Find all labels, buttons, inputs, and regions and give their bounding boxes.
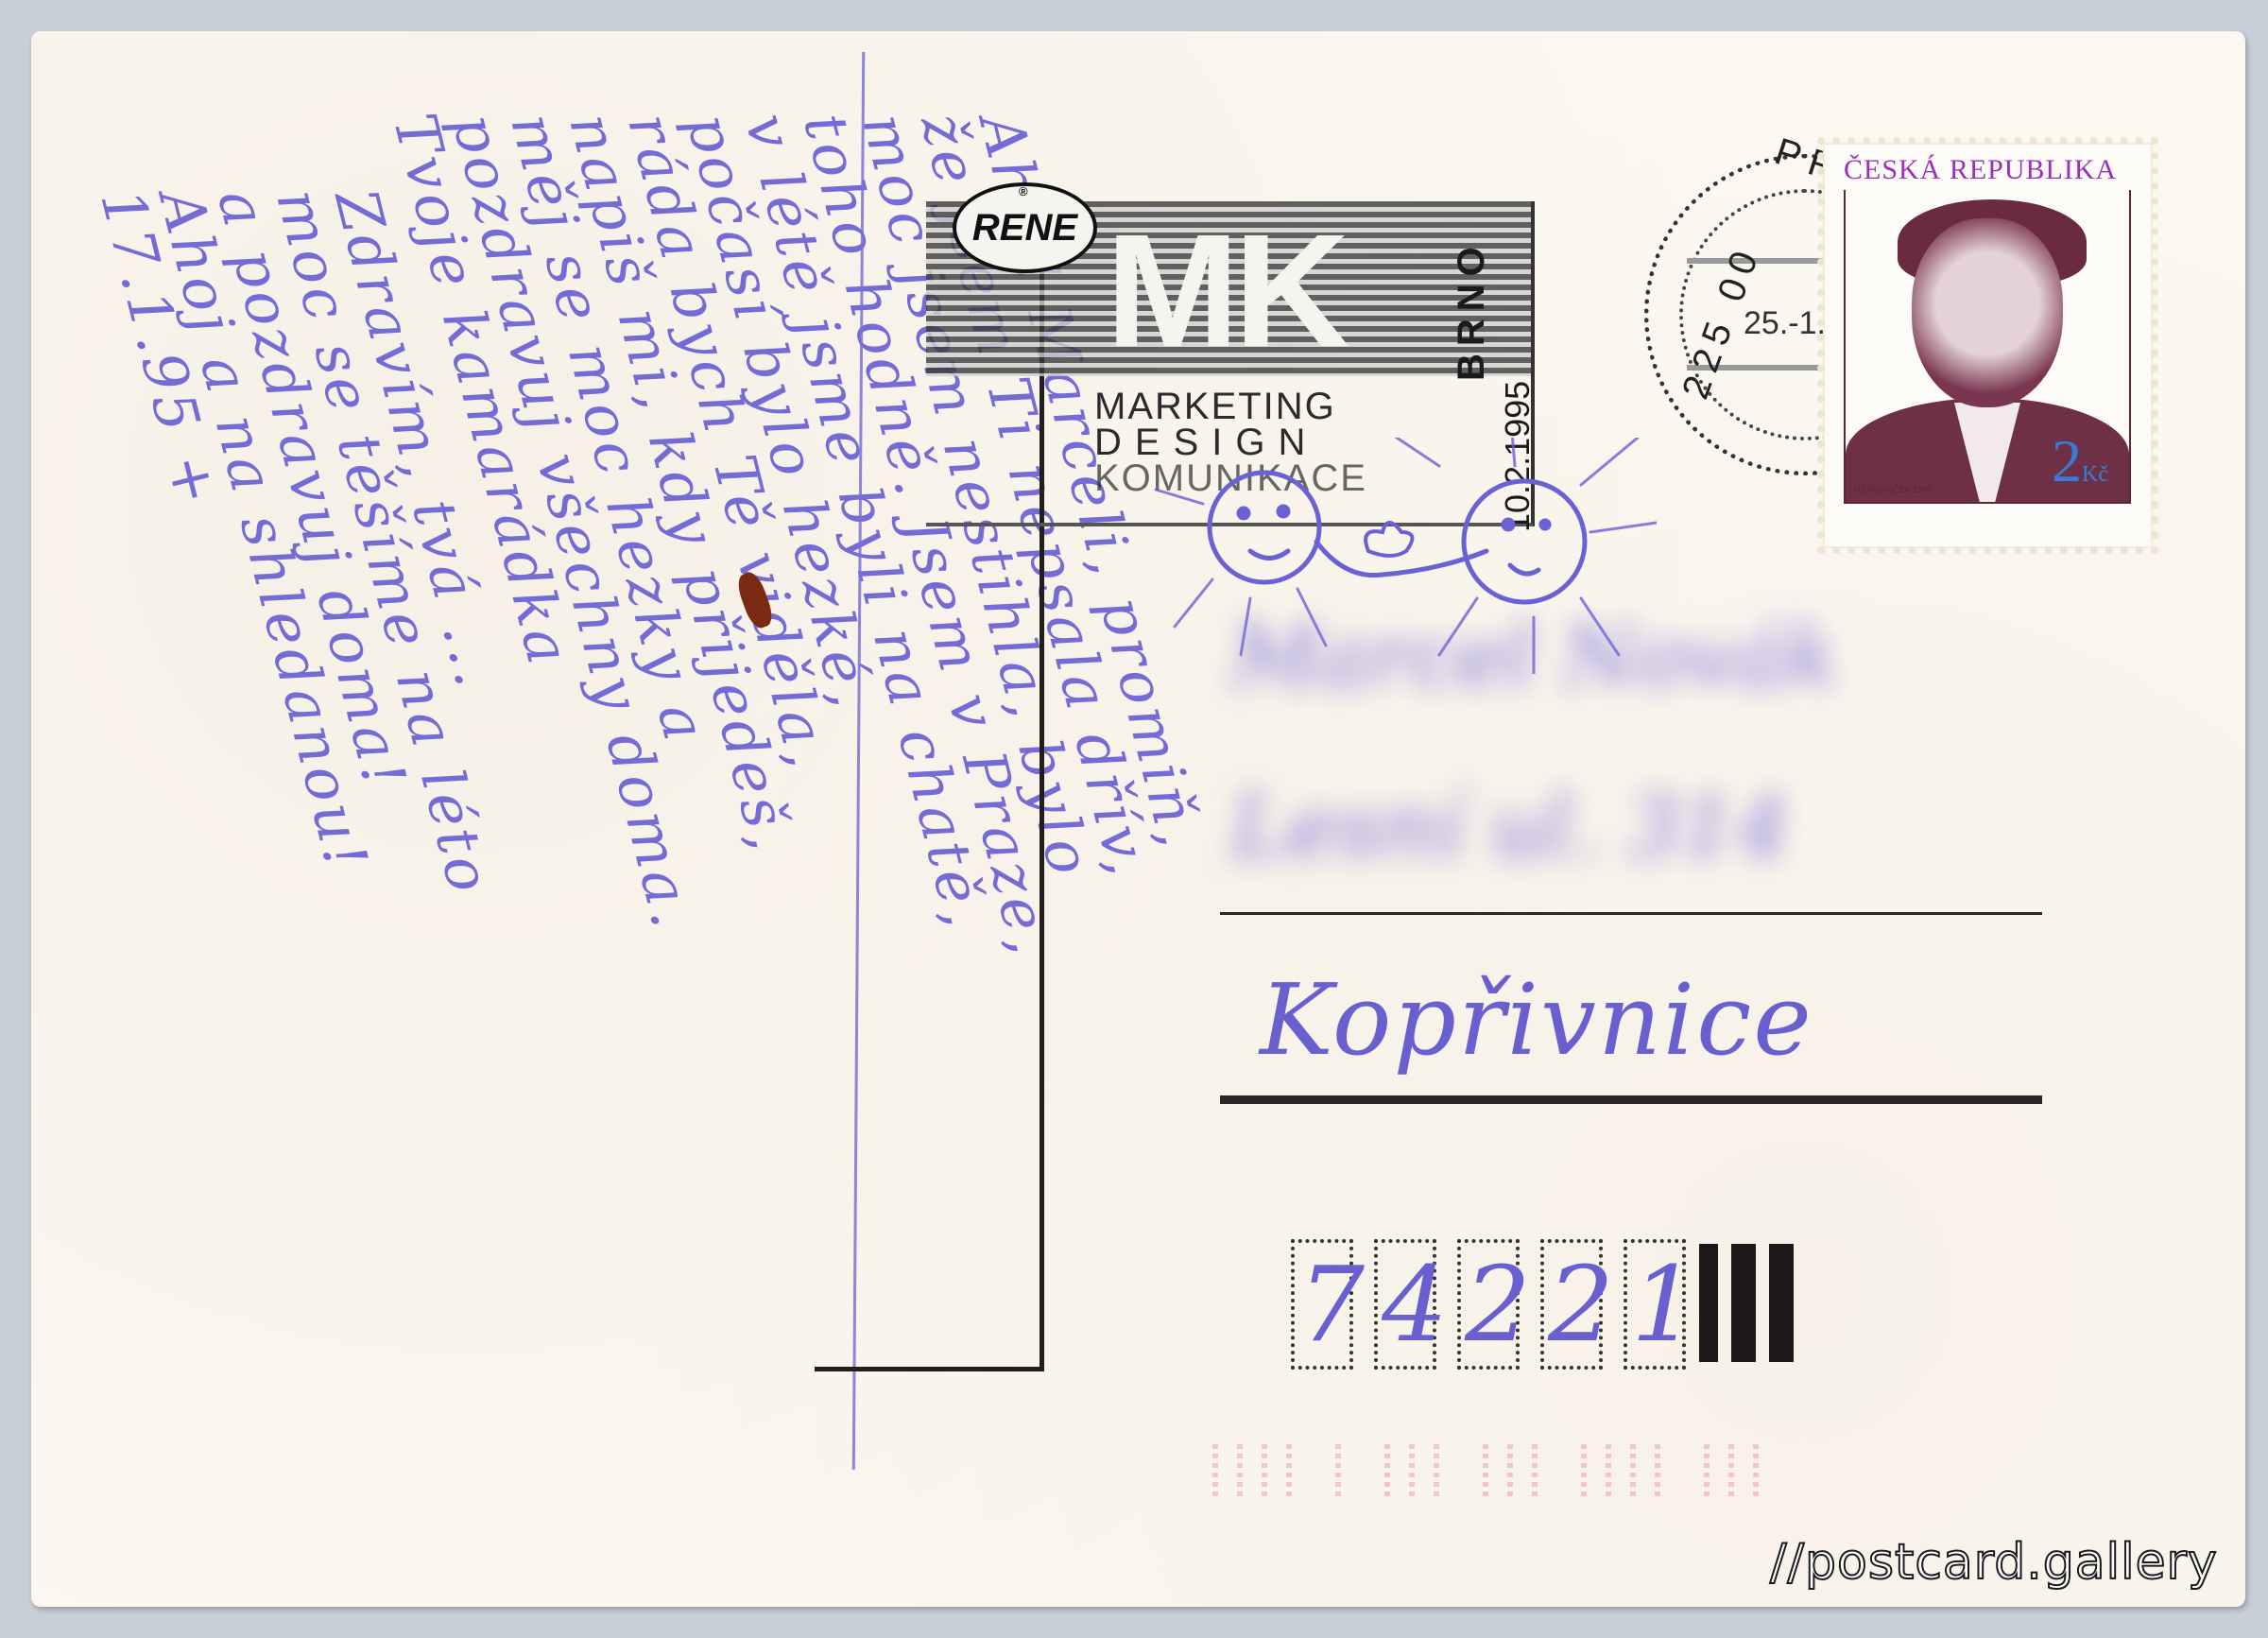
address-street-blurred: Lesní ul. 314	[1231, 778, 1789, 877]
sorting-bars	[1699, 1244, 1794, 1362]
postal-code-box: 2	[1457, 1239, 1520, 1370]
address-line-thick	[1220, 1095, 2042, 1104]
cancellation-city: BRNO	[1451, 239, 1493, 381]
watermark: //postcard.gallery	[1770, 1534, 2218, 1591]
postal-code-boxes: 7 4 2 2 1	[1291, 1239, 1686, 1370]
address-city: Kopřivnice	[1260, 962, 1813, 1078]
mk-logo: MK	[1106, 211, 1344, 371]
postcard-back: Ahoj! Marceli, promiň,že jsem Ti nepsala…	[31, 31, 2245, 1607]
rene-logo: RENE ®	[953, 182, 1097, 273]
postal-code-box: 1	[1624, 1239, 1686, 1370]
address-line	[1220, 912, 2042, 915]
postal-code-box: 2	[1540, 1239, 1603, 1370]
postal-code-box: 4	[1374, 1239, 1436, 1370]
stamp-portrait-frame: M.ONDRAČEK 1993 2Kč	[1844, 190, 2131, 504]
stamp-artist: M.ONDRAČEK 1993	[1853, 485, 1933, 494]
postage-stamp: ČESKÁ REPUBLIKA M.ONDRAČEK 1993 2Kč	[1825, 145, 2151, 546]
stamp-value: 2Kč	[2052, 426, 2108, 496]
stamp-portrait-face	[1912, 218, 2063, 407]
stamp-country: ČESKÁ REPUBLIKA	[1844, 154, 2117, 186]
address-name-blurred: Marcel Novák	[1231, 608, 1838, 707]
pink-barcode-marks	[1212, 1444, 1778, 1501]
postal-code-box: 7	[1291, 1239, 1353, 1370]
